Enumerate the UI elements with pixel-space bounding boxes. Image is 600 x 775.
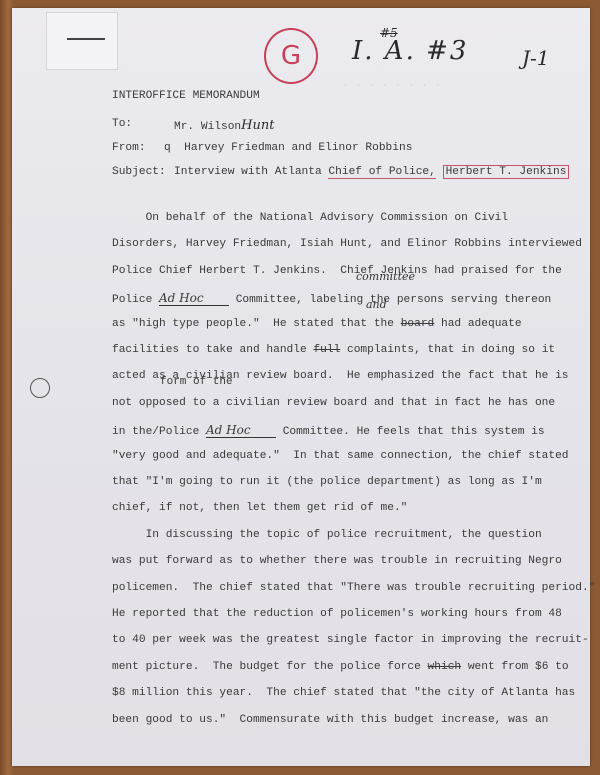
body-line: as "high type people." He stated that th… — [112, 318, 522, 330]
body-line: to 40 per week was the greatest single f… — [112, 634, 589, 646]
body-line: Disorders, Harvey Friedman, Isiah Hunt, … — [112, 238, 582, 250]
subject-label: Subject: — [112, 166, 166, 178]
body-line: chief, if not, then let them get rid of … — [112, 502, 407, 514]
body-line: policemen. The chief stated that "There … — [112, 582, 595, 594]
bleed-through-text: . . . . . . . . — [342, 78, 441, 90]
page-id: J-1 — [522, 46, 550, 70]
subject-text: Interview with Atlanta — [174, 166, 328, 178]
punch-hole — [30, 378, 50, 398]
sticky-tab — [46, 12, 118, 70]
body-line: not opposed to a civilian review board a… — [112, 397, 555, 409]
body-line: been good to us." Commensurate with this… — [112, 714, 548, 726]
body-line: "very good and adequate." In that same c… — [112, 450, 569, 462]
and-correction: and — [366, 298, 387, 311]
to-value: Mr. WilsonHunt — [174, 118, 274, 133]
memo-title: INTEROFFICE MEMORANDUM — [112, 90, 260, 102]
subject-underlined: Chief of Police, — [328, 166, 435, 179]
dash-mark — [67, 38, 105, 40]
to-label: To: — [112, 118, 132, 130]
committee-correction: committee — [356, 270, 415, 283]
to-handwritten: Hunt — [241, 118, 274, 133]
struck-word: board — [401, 318, 435, 330]
body-line: On behalf of the National Advisory Commi… — [112, 212, 508, 224]
handwritten-blank-fill: Ad Hoc — [206, 423, 276, 438]
body-line: facilities to take and handle full compl… — [112, 344, 555, 356]
handwritten-blank-fill: Ad Hoc — [159, 291, 229, 306]
body-line: ment picture. The budget for the police … — [112, 661, 569, 673]
subject-value: Interview with Atlanta Chief of Police, … — [174, 166, 569, 178]
body-line: In discussing the topic of police recrui… — [112, 529, 542, 541]
body-line: Police Chief Herbert T. Jenkins. Chief J… — [112, 265, 562, 277]
from-label: From: — [112, 142, 146, 154]
reference-code: I. A. #3 — [352, 36, 468, 66]
body-line: $8 million this year. The chief stated t… — [112, 687, 575, 699]
body-line: in the/Police Ad Hoc Committee. He feels… — [112, 423, 545, 438]
body-line: was put forward as to whether there was … — [112, 555, 562, 567]
circled-letter-annotation: G — [264, 28, 318, 84]
memo-page: G #5 I. A. #3 J-1 INTEROFFICE MEMORANDUM… — [12, 8, 590, 766]
body-line: He reported that the reduction of police… — [112, 608, 562, 620]
body-line: that "I'm going to run it (the police de… — [112, 476, 542, 488]
struck-word: full — [313, 344, 340, 356]
struck-word: which — [428, 661, 462, 673]
to-name: Mr. Wilson — [174, 121, 241, 133]
body-line: Police Ad Hoc Committee, labeling the pe… — [112, 291, 551, 306]
subject-boxed-name: Herbert T. Jenkins — [443, 165, 570, 179]
from-value: q Harvey Friedman and Elinor Robbins — [164, 142, 412, 154]
form-of-the-insert: form of the — [160, 376, 233, 388]
